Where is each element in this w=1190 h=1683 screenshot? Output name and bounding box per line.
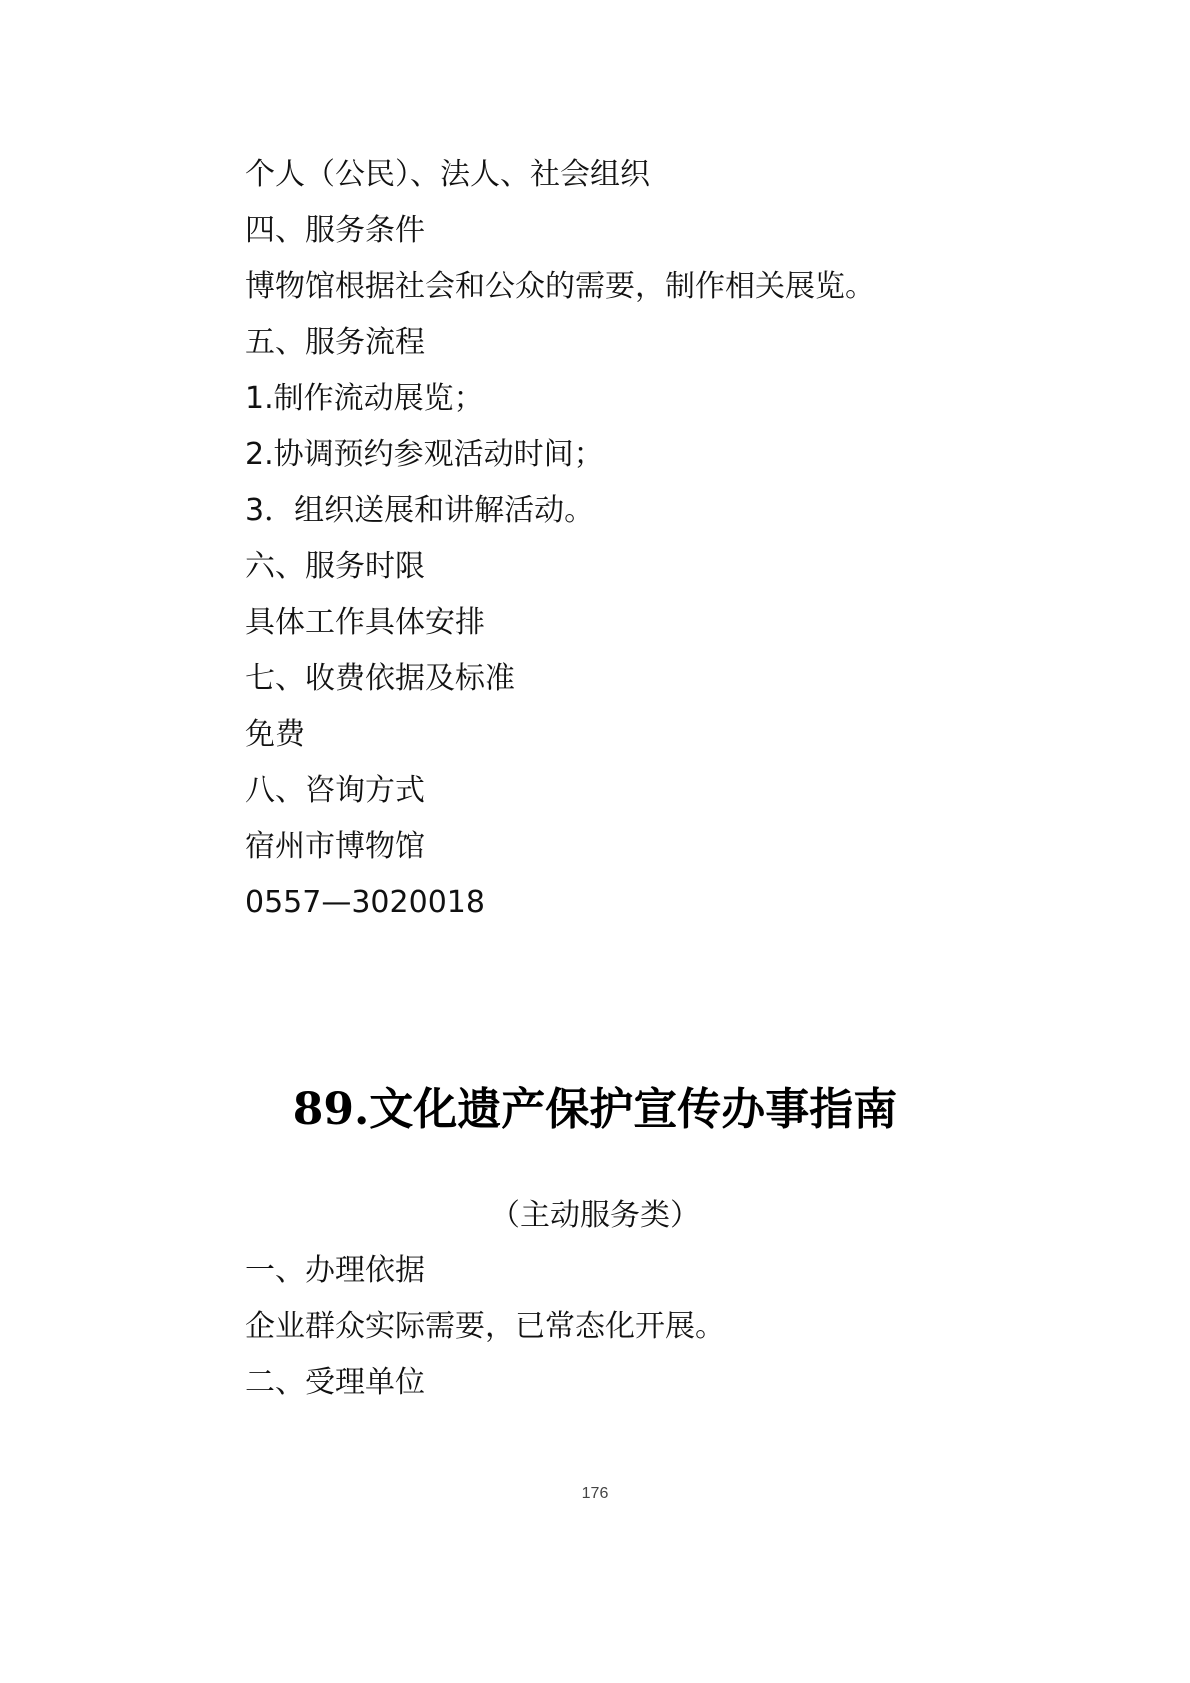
consultation-organization: 宿州市博物馆 [245, 827, 425, 867]
process-step-3: 3．组织送展和讲解活动。 [245, 491, 594, 531]
process-step-1: 1.制作流动展览； [245, 379, 484, 419]
legal-basis-text: 企业群众实际需要，已常态化开展。 [245, 1307, 725, 1347]
section-heading-consultation: 八、咨询方式 [245, 771, 425, 811]
section-heading-service-time-limit: 六、服务时限 [245, 547, 425, 587]
section-heading-accepting-unit: 二、受理单位 [245, 1363, 425, 1403]
section-subtitle: （主动服务类） [0, 1196, 1190, 1236]
section-heading-service-process: 五、服务流程 [245, 323, 425, 363]
fee-text: 免费 [245, 715, 305, 755]
service-time-limit-text: 具体工作具体安排 [245, 603, 485, 643]
process-step-2: 2.协调预约参观活动时间； [245, 435, 604, 475]
section-heading-legal-basis: 一、办理依据 [245, 1251, 425, 1291]
service-conditions-text: 博物馆根据社会和公众的需要，制作相关展览。 [245, 267, 875, 307]
section-heading-service-conditions: 四、服务条件 [245, 211, 425, 251]
applicant-types-text: 个人（公民）、法人、社会组织 [245, 155, 650, 195]
page-number: 176 [0, 1485, 1190, 1503]
section-heading-fee-basis: 七、收费依据及标准 [245, 659, 515, 699]
consultation-phone: 0557—3020018 [245, 883, 485, 923]
section-title: 89.文化遗产保护宣传办事指南 [0, 1082, 1190, 1138]
